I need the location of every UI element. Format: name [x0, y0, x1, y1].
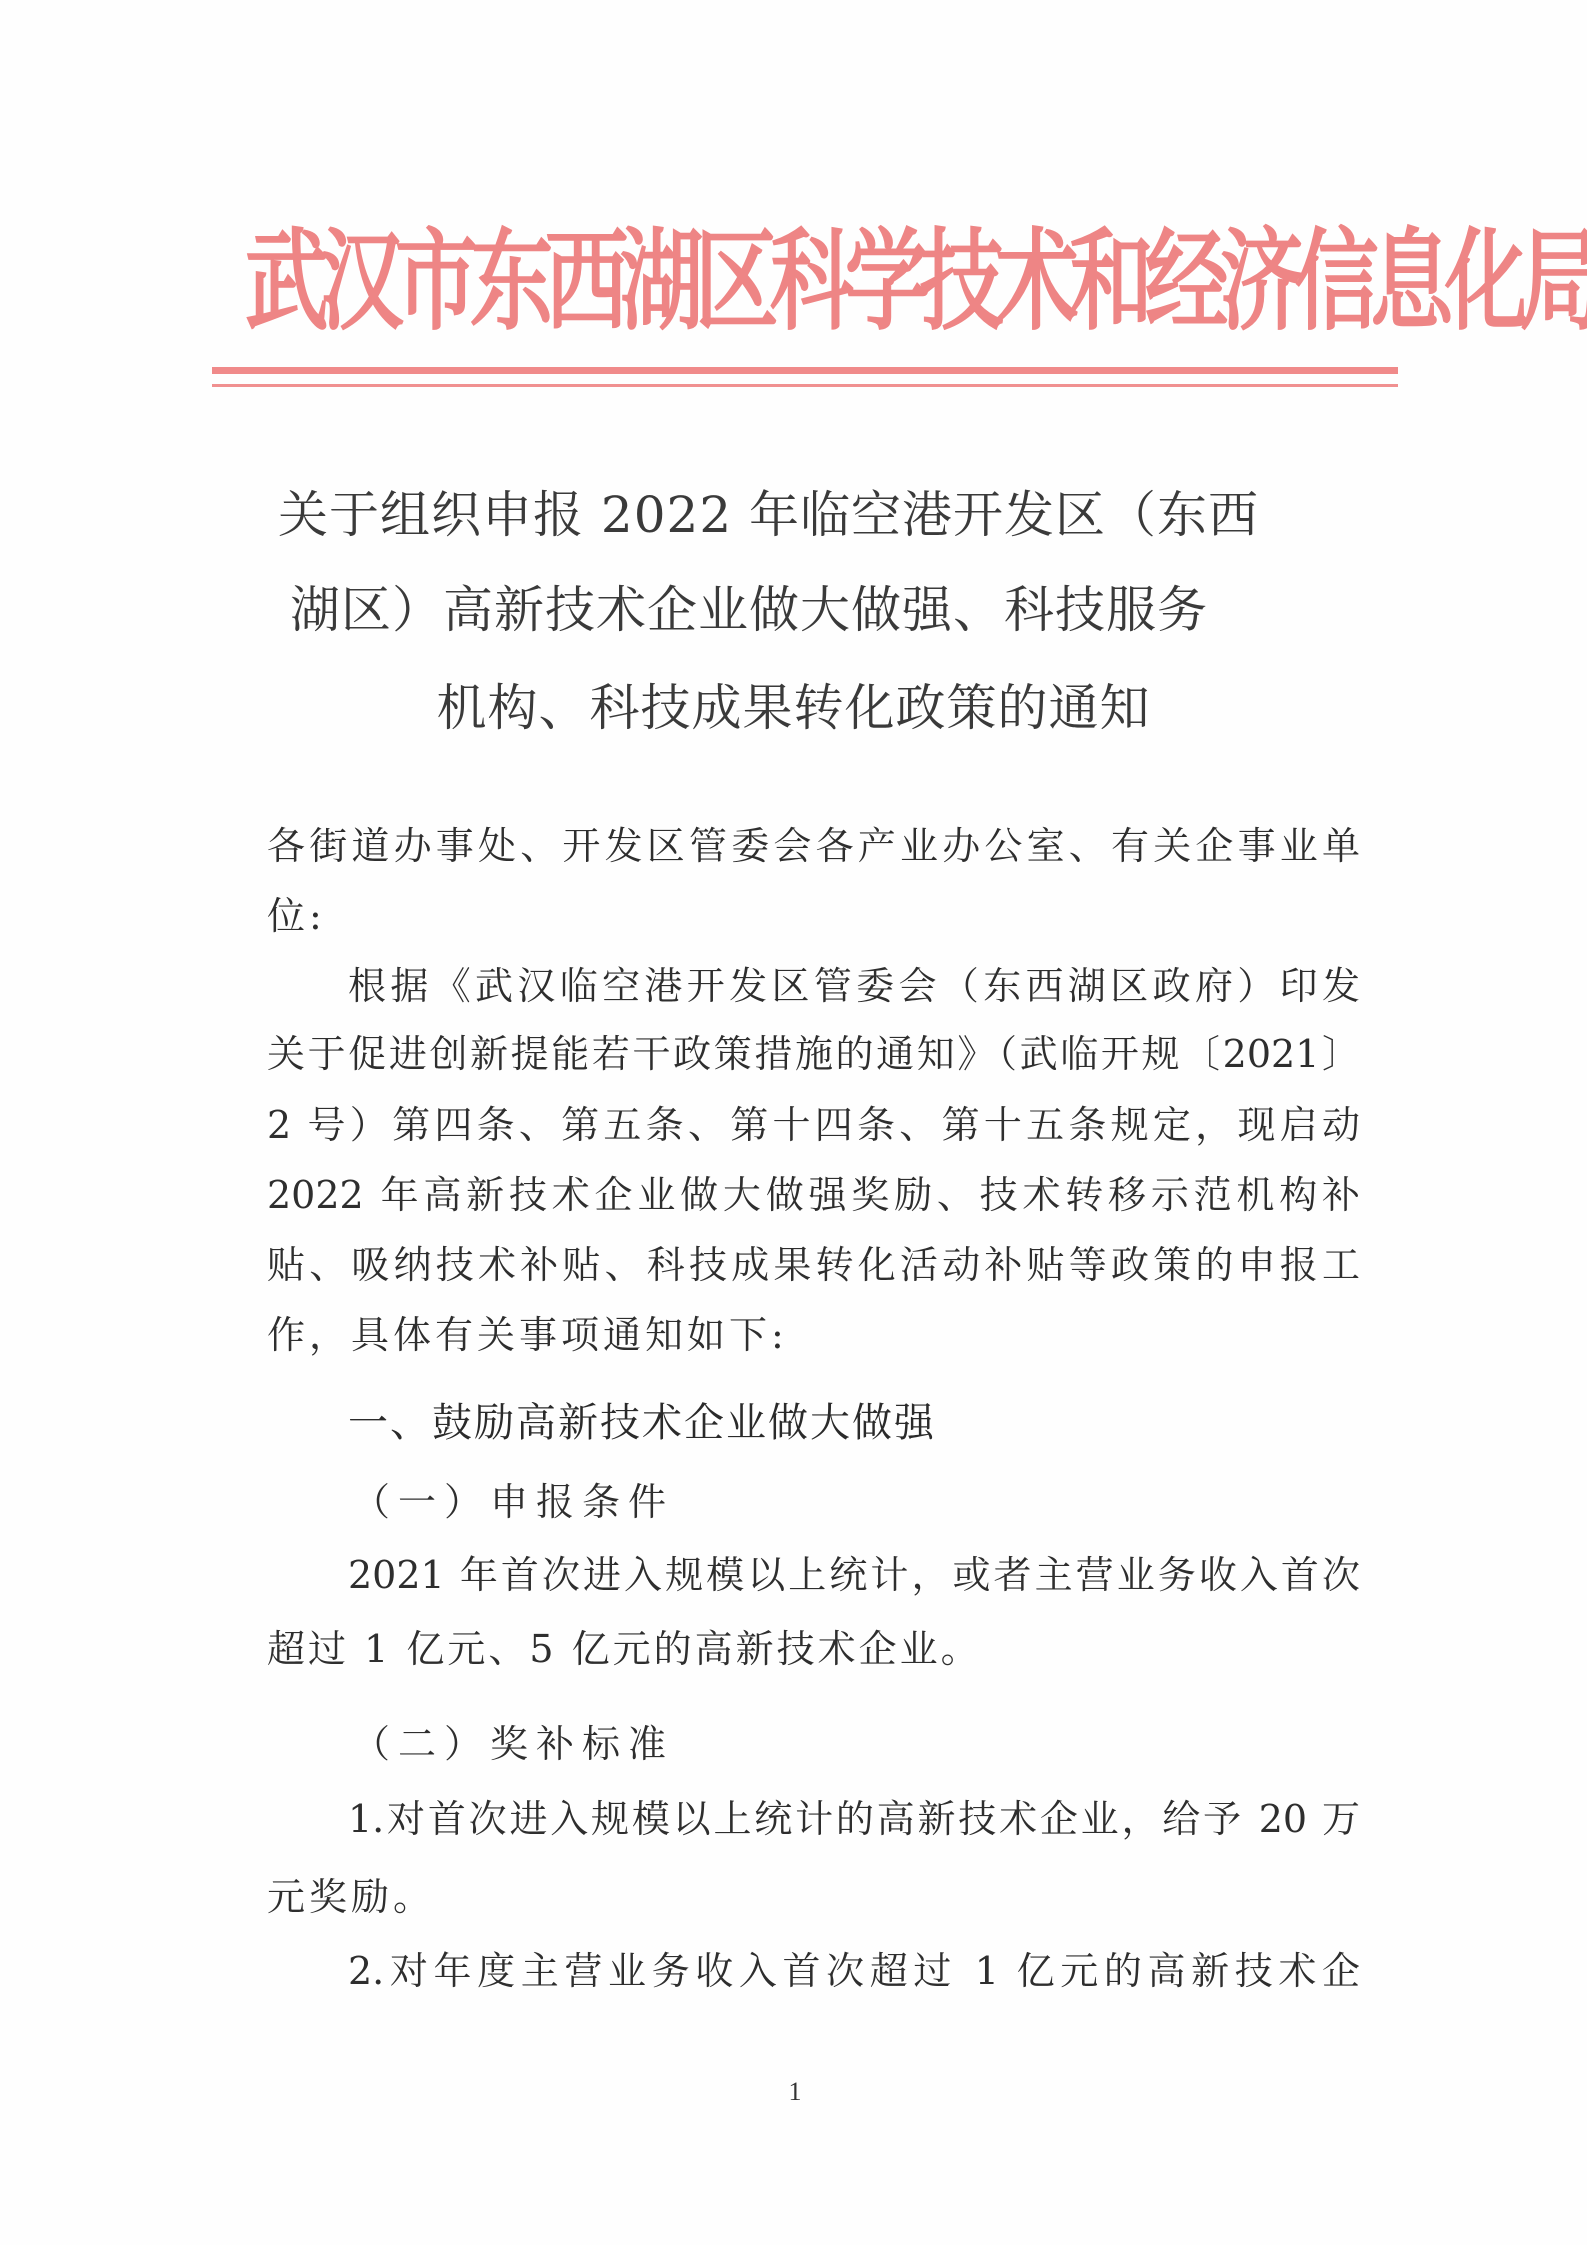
- subsection-heading-standards: （二）奖补标准: [352, 1725, 674, 1763]
- letterhead-char: 湖: [620, 227, 691, 337]
- section-heading-1: 一、鼓励高新技术企业做大做强: [348, 1403, 936, 1443]
- letterhead-divider-thin: [212, 384, 1398, 387]
- title-line-3: 机构、科技成果转化政策的通知: [0, 683, 1587, 733]
- letterhead-char: 局: [1520, 227, 1587, 337]
- intro-line-1: 根据《武汉临空港开发区管委会（东西湖区政府）印发: [348, 967, 1360, 1005]
- addressee-line-2: 位:: [267, 897, 326, 935]
- letterhead-char: 武: [245, 227, 316, 337]
- standards-item2-line-1: 2.对年度主营业务收入首次超过 1 亿元的高新技术企: [348, 1952, 1360, 1990]
- letterhead-char: 济: [1220, 227, 1291, 337]
- addressee-line-1: 各街道办事处、开发区管委会各产业办公室、有关企事业单: [267, 827, 1360, 865]
- letterhead-char: 汉: [320, 227, 391, 337]
- standards-item1-line-2: 元奖励。: [267, 1878, 435, 1916]
- intro-line-5: 贴、吸纳技术补贴、科技成果转化活动补贴等政策的申报工: [267, 1246, 1360, 1284]
- letterhead-char: 东: [470, 227, 541, 337]
- page-number: 1: [783, 2077, 807, 2107]
- title-line-2: 湖区）高新技术企业做大做强、科技服务: [290, 585, 1208, 635]
- conditions-line-1: 2021 年首次进入规模以上统计，或者主营业务收入首次: [348, 1556, 1360, 1594]
- subsection-heading-conditions: （一）申报条件: [352, 1483, 674, 1521]
- intro-line-4: 2022 年高新技术企业做大做强奖励、技术转移示范机构补: [267, 1176, 1360, 1214]
- intro-line-6: 作，具体有关事项通知如下:: [267, 1316, 788, 1354]
- letterhead-divider-thick: [212, 367, 1398, 374]
- letterhead-char: 和: [1070, 227, 1141, 337]
- title-line-1: 关于组织申报 2022 年临空港开发区（东西: [278, 490, 1259, 540]
- intro-line-3: 2 号）第四条、第五条、第十四条、第十五条规定，现启动: [267, 1106, 1360, 1144]
- intro-line-2: 关于促进创新提能若干政策措施的通知》（武临开规〔2021〕: [267, 1035, 1360, 1073]
- letterhead-char: 西: [545, 227, 616, 337]
- letterhead-char: 科: [770, 227, 841, 337]
- standards-item1-line-1: 1.对首次进入规模以上统计的高新技术企业，给予 20 万: [348, 1800, 1360, 1838]
- letterhead-char: 化: [1445, 227, 1516, 337]
- letterhead-char: 市: [395, 227, 466, 337]
- document-page: 武 汉 市 东 西 湖 区 科 学 技 术 和 经 济 信 息 化 局 关于组织…: [0, 0, 1587, 2245]
- letterhead-char: 学: [845, 227, 916, 337]
- letterhead-char: 信: [1295, 227, 1366, 337]
- conditions-line-2: 超过 1 亿元、5 亿元的高新技术企业。: [267, 1630, 982, 1668]
- letterhead-char: 技: [920, 227, 991, 337]
- letterhead-char: 区: [695, 227, 766, 337]
- letterhead-char: 术: [995, 227, 1066, 337]
- letterhead-char: 息: [1370, 227, 1441, 337]
- letterhead-char: 经: [1145, 227, 1216, 337]
- letterhead-org-name: 武 汉 市 东 西 湖 区 科 学 技 术 和 经 济 信 息 化 局: [243, 207, 1369, 357]
